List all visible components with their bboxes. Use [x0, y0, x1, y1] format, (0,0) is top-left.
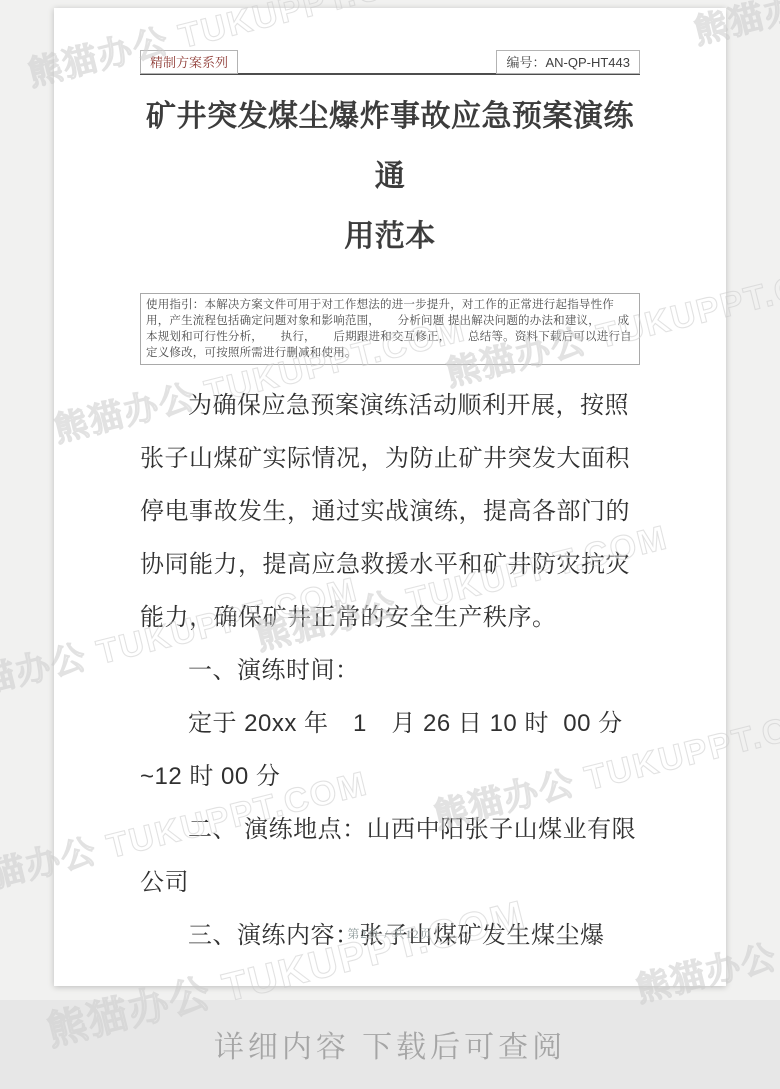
doc-number: 编号：AN-QP-HT443 [496, 50, 640, 74]
document-header: 精制方案系列 编号：AN-QP-HT443 [140, 50, 640, 75]
usage-guide: 使用指引：本解决方案文件可用于对工作想法的进一步提升，对工作的正常进行起指导性作… [140, 293, 640, 365]
paragraph-location: 二、 演练地点：山西中阳张子山煤业有限 公司 [140, 803, 640, 909]
paragraph-purpose: 为确保应急预案演练活动顺利开展，按照 张子山煤矿实际情况，为防止矿井突发大面积 … [140, 379, 640, 644]
page-number: 第2页 / 共12页 [54, 925, 726, 942]
document-title: 矿井突发煤尘爆炸事故应急预案演练通 用范本 [140, 87, 640, 267]
paragraph-time: 定于 20xx 年 1 月 26 日 10 时 00 分 ~12 时 00 分 [140, 697, 640, 803]
paragraph-heading-1: 一、演练时间： [140, 644, 640, 697]
series-label: 精制方案系列 [140, 50, 238, 74]
page-background: 熊猫办公 TUKUPPT.COM 熊猫办公 TUKUPPT.COM 熊猫办公 T… [0, 0, 780, 1089]
document-page: 精制方案系列 编号：AN-QP-HT443 矿井突发煤尘爆炸事故应急预案演练通 … [54, 8, 726, 986]
bottom-bar-text: 详细内容 下载后可查阅 [0, 1022, 780, 1066]
document-body: 为确保应急预案演练活动顺利开展，按照 张子山煤矿实际情况，为防止矿井突发大面积 … [140, 379, 640, 962]
bottom-bar: 详细内容 下载后可查阅 [0, 1000, 780, 1089]
